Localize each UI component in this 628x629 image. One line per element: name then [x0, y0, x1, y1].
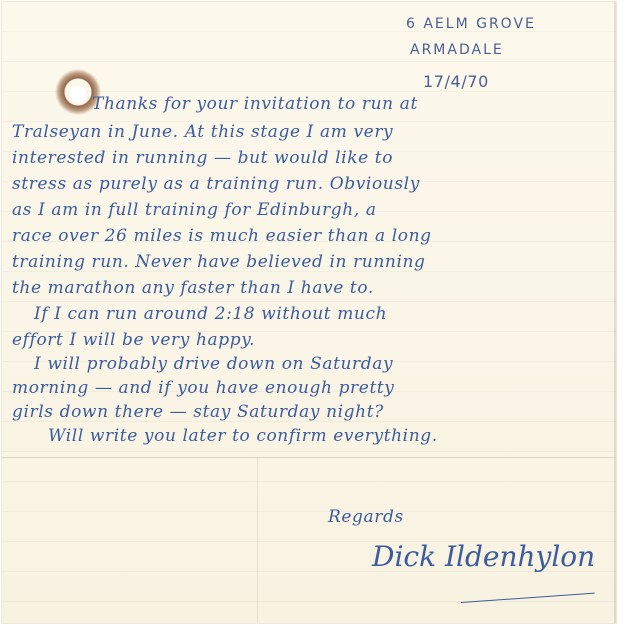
signature-underline [461, 593, 595, 603]
closing: Regards [328, 507, 404, 527]
body-line: interested in running — but would like t… [12, 148, 393, 168]
body-line: If I can run around 2:18 without much [34, 304, 387, 324]
body-line: as I am in full training for Edinburgh, … [12, 200, 377, 220]
body-line: Tralseyan in June. At this stage I am ve… [12, 122, 393, 142]
letter-paper: 6 AELM GROVE ARMADALE 17/4/70 Thanks for… [2, 2, 616, 623]
fold-crease-vertical [257, 457, 258, 623]
fold-crease-horizontal [2, 457, 616, 458]
paper-edge [614, 2, 616, 623]
address-line-2: ARMADALE [410, 42, 504, 58]
body-line: girls down there — stay Saturday night? [12, 402, 384, 422]
signature: Dick Ildenhylon [372, 540, 595, 573]
letter-date: 17/4/70 [423, 72, 489, 91]
body-line: effort I will be very happy. [12, 330, 255, 350]
body-line: I will probably drive down on Saturday [34, 354, 393, 374]
body-line: Thanks for your invitation to run at [92, 94, 418, 114]
body-line: morning — and if you have enough pretty [12, 378, 395, 398]
body-line: the marathon any faster than I have to. [12, 278, 374, 298]
body-line: training run. Never have believed in run… [12, 252, 426, 272]
body-line: Will write you later to confirm everythi… [48, 426, 438, 446]
body-line: stress as purely as a training run. Obvi… [12, 174, 420, 194]
body-line: race over 26 miles is much easier than a… [12, 226, 432, 246]
address-line-1: 6 AELM GROVE [406, 16, 536, 32]
